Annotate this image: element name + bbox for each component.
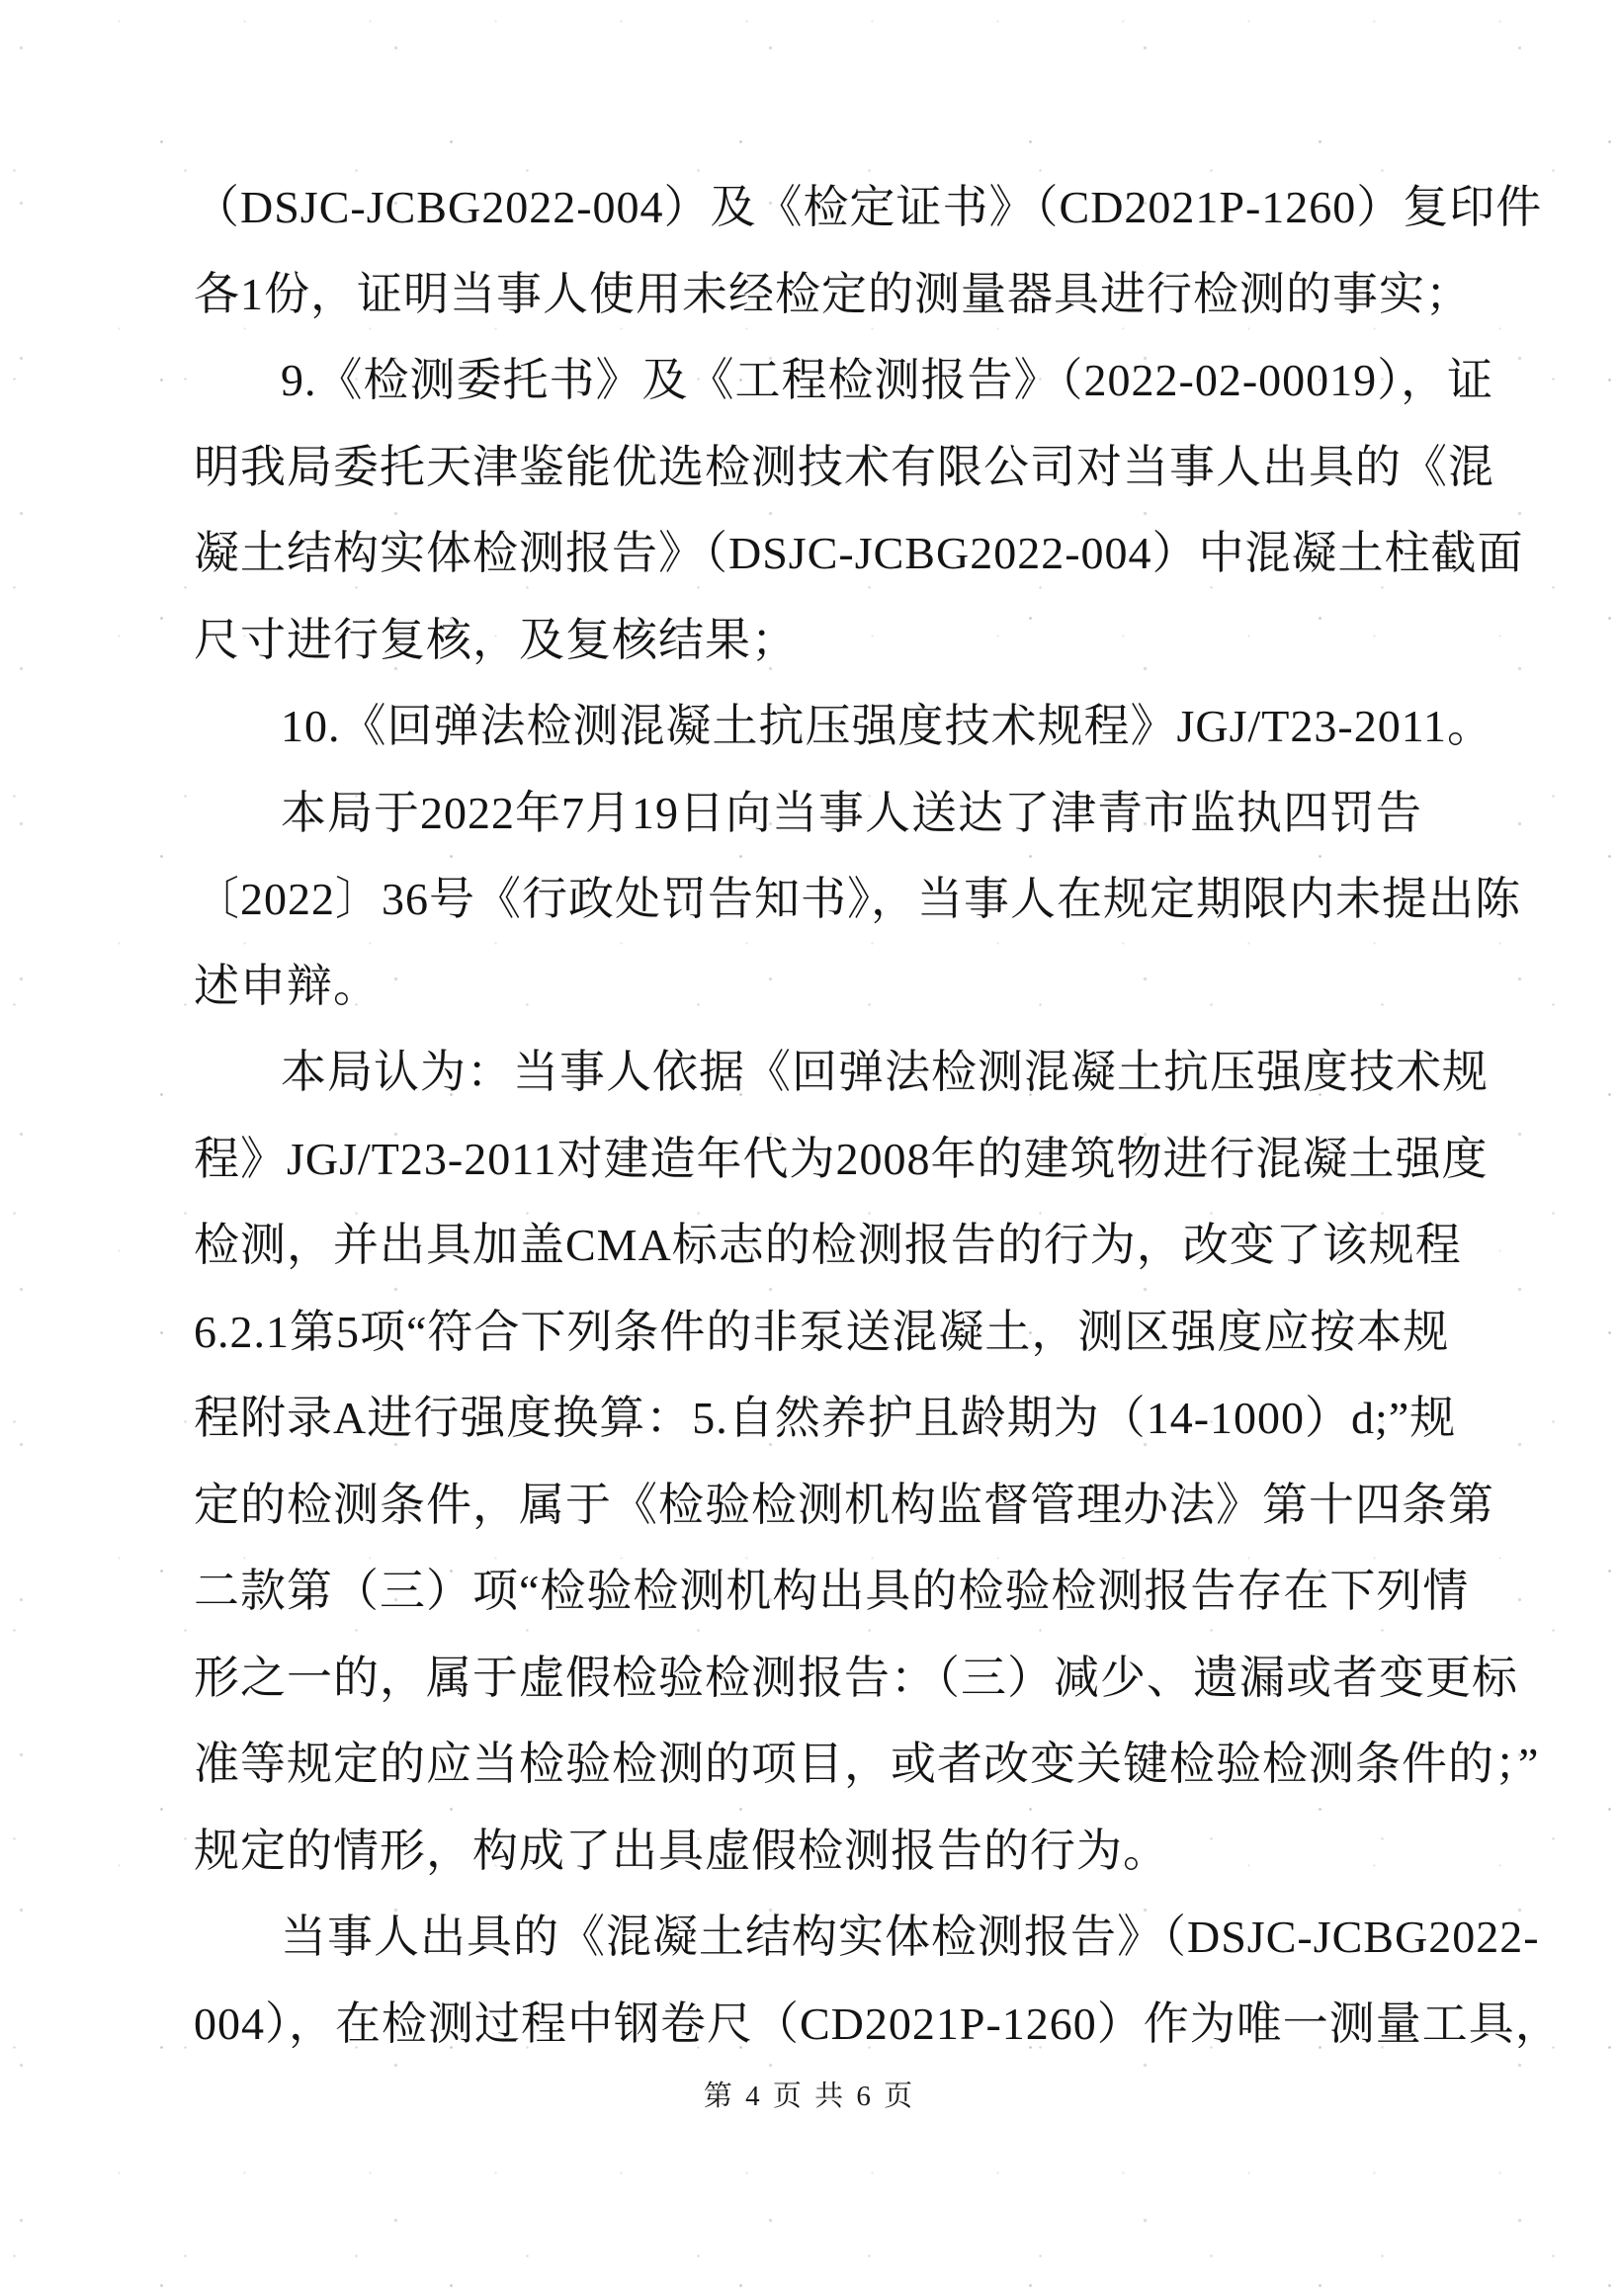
text-line: 程附录A进行强度换算：5.自然养护且龄期为（14-1000）d;”规	[194, 1375, 1469, 1462]
text-line: 定的检测条件，属于《检验检测机构监督管理办法》第十四条第	[194, 1462, 1469, 1549]
text-line: 规定的情形，构成了出具虚假检测报告的行为。	[194, 1808, 1469, 1895]
text-line: 准等规定的应当检验检测的项目，或者改变关键检验检测条件的；”	[194, 1721, 1469, 1808]
document-body: （DSJC-JCBG2022-004）及《检定证书》（CD2021P-1260）…	[194, 164, 1469, 2067]
text-line: 各1份，证明当事人使用未经检定的测量器具进行检测的事实；	[194, 251, 1469, 338]
text-line: 程》JGJ/T23-2011对建造年代为2008年的建筑物进行混凝土强度	[194, 1116, 1469, 1203]
text-line: 〔2022〕36号《行政处罚告知书》，当事人在规定期限内未提出陈	[194, 856, 1469, 943]
text-line: 当事人出具的《混凝土结构实体检测报告》（DSJC-JCBG2022-	[194, 1894, 1469, 1981]
text-line: 检测，并出具加盖CMA标志的检测报告的行为，改变了该规程	[194, 1202, 1469, 1289]
text-line: 10.《回弹法检测混凝土抗压强度技术规程》JGJ/T23-2011。	[194, 683, 1469, 770]
text-line: 6.2.1第5项“符合下列条件的非泵送混凝土，测区强度应按本规	[194, 1289, 1469, 1376]
text-line: 形之一的，属于虚假检验检测报告：（三）减少、遗漏或者变更标	[194, 1635, 1469, 1722]
text-line: 明我局委托天津鉴能优选检测技术有限公司对当事人出具的《混	[194, 424, 1469, 511]
text-line: （DSJC-JCBG2022-004）及《检定证书》（CD2021P-1260）…	[194, 164, 1469, 251]
text-line: 凝土结构实体检测报告》（DSJC-JCBG2022-004）中混凝土柱截面	[194, 510, 1469, 597]
text-line: 二款第（三）项“检验检测机构出具的检验检测报告存在下列情	[194, 1548, 1469, 1635]
text-line: 本局认为：当事人依据《回弹法检测混凝土抗压强度技术规	[194, 1029, 1469, 1116]
text-line: 9.《检测委托书》及《工程检测报告》（2022-02-00019），证	[194, 337, 1469, 424]
text-line: 004），在检测过程中钢卷尺（CD2021P-1260）作为唯一测量工具，	[194, 1981, 1469, 2068]
document-page: （DSJC-JCBG2022-004）及《检定证书》（CD2021P-1260）…	[0, 0, 1619, 2296]
text-line: 本局于2022年7月19日向当事人送达了津青市监执四罚告	[194, 770, 1469, 857]
text-line: 尺寸进行复核，及复核结果；	[194, 597, 1469, 684]
page-number: 第 4 页 共 6 页	[0, 2074, 1619, 2114]
text-line: 述申辩。	[194, 943, 1469, 1030]
